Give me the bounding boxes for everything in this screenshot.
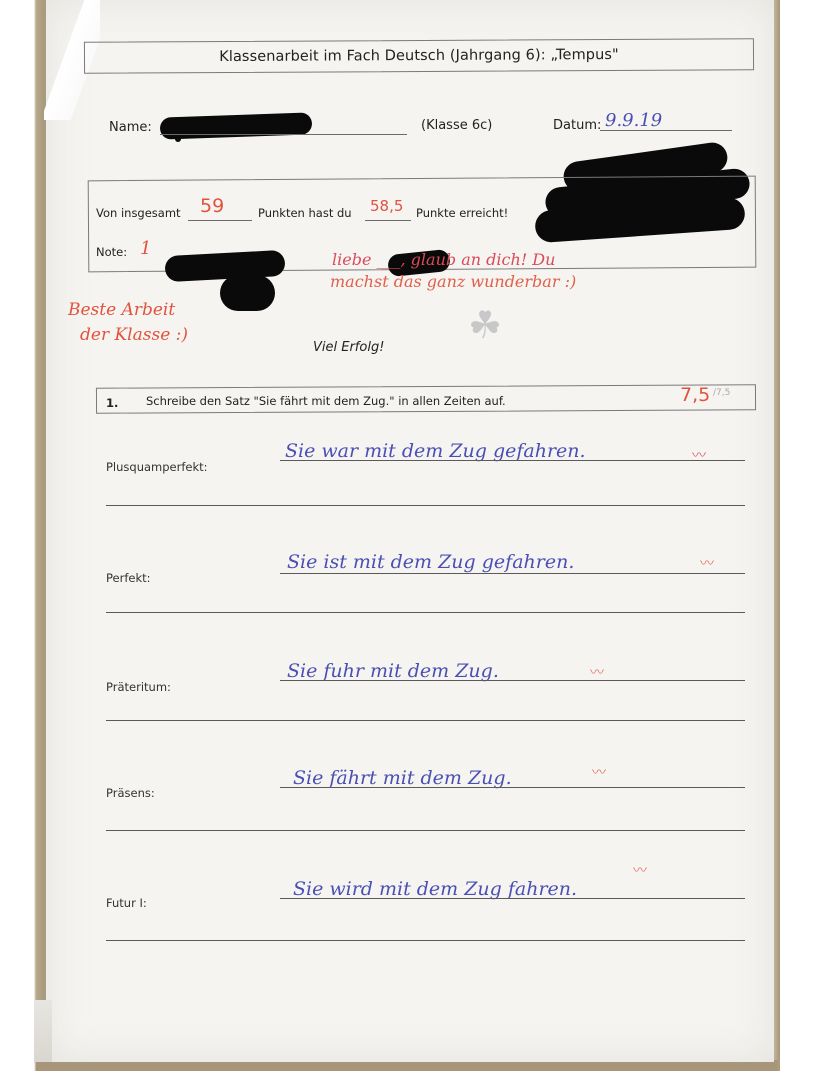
redaction-middle-2 [220,275,275,311]
answer-line-extra[interactable] [106,720,745,721]
answer-line-extra[interactable] [106,505,745,506]
answer-text: Sie ist mit dem Zug gefahren. [287,551,574,573]
checkmark-icon: 〰 [692,445,704,465]
grade-label: Note: [96,245,127,259]
answer-text: Sie fährt mit dem Zug. [293,767,512,789]
title-box: Klassenarbeit im Fach Deutsch (Jahrgang … [84,38,754,74]
total-points-value: 59 [200,195,224,217]
comment-line-1: liebe ___, glaub an dich! Du [332,250,555,269]
best-work-line-2: der Klasse :) [80,325,188,345]
score-middle: Punkten hast du [258,206,352,220]
name-label: Name: [109,120,152,135]
answer-line-extra[interactable] [106,830,745,831]
grade-value: 1 [140,238,151,259]
task-points-awarded: 7,5 [680,384,710,406]
best-work-line-1: Beste Arbeit [68,300,175,320]
answer-line-extra[interactable] [106,612,745,613]
tense-label: Futur I: [106,896,147,910]
answer-text: Sie war mit dem Zug gefahren. [285,440,586,462]
answer-line[interactable] [280,460,745,461]
class-label: (Klasse 6c) [421,118,492,133]
checkmark-icon: 〰 [700,553,712,573]
tense-label: Präsens: [106,786,155,800]
answer-text: Sie fuhr mit dem Zug. [287,660,499,682]
tense-label: Perfekt: [106,571,151,585]
tense-label: Präteritum: [106,680,171,694]
answer-line[interactable] [280,898,745,899]
answer-line[interactable] [280,680,745,681]
good-luck-text: Viel Erfolg! [313,340,384,355]
score-suffix: Punkte erreicht! [416,206,508,220]
answer-line[interactable] [280,573,745,574]
clover-icon: ☘ [468,306,502,344]
answer-line-extra[interactable] [106,940,745,941]
name-field-line[interactable] [160,134,407,135]
task-number: 1. [106,396,118,410]
page-title: Klassenarbeit im Fach Deutsch (Jahrgang … [219,47,619,65]
answer-line[interactable] [280,787,745,788]
date-label: Datum: [553,118,601,133]
tense-label: Plusquamperfekt: [106,460,208,474]
date-value: 9.9.19 [605,110,662,131]
score-prefix: Von insgesamt [96,206,181,220]
checkmark-icon: 〰 [633,860,645,880]
achieved-points-line [365,220,411,221]
achieved-points-value: 58,5 [370,197,403,215]
comment-line-2: machst das ganz wunderbar :) [330,272,576,291]
paper-stack-edge [34,1000,52,1062]
checkmark-icon: 〰 [590,662,602,682]
answer-text: Sie wird mit dem Zug fahren. [293,878,577,900]
checkmark-icon: 〰 [592,762,604,782]
task-points-max: /7,5 [713,388,730,398]
date-field-line[interactable] [600,130,732,131]
task-instruction: Schreibe den Satz "Sie fährt mit dem Zug… [146,394,506,408]
total-points-line [188,220,252,221]
